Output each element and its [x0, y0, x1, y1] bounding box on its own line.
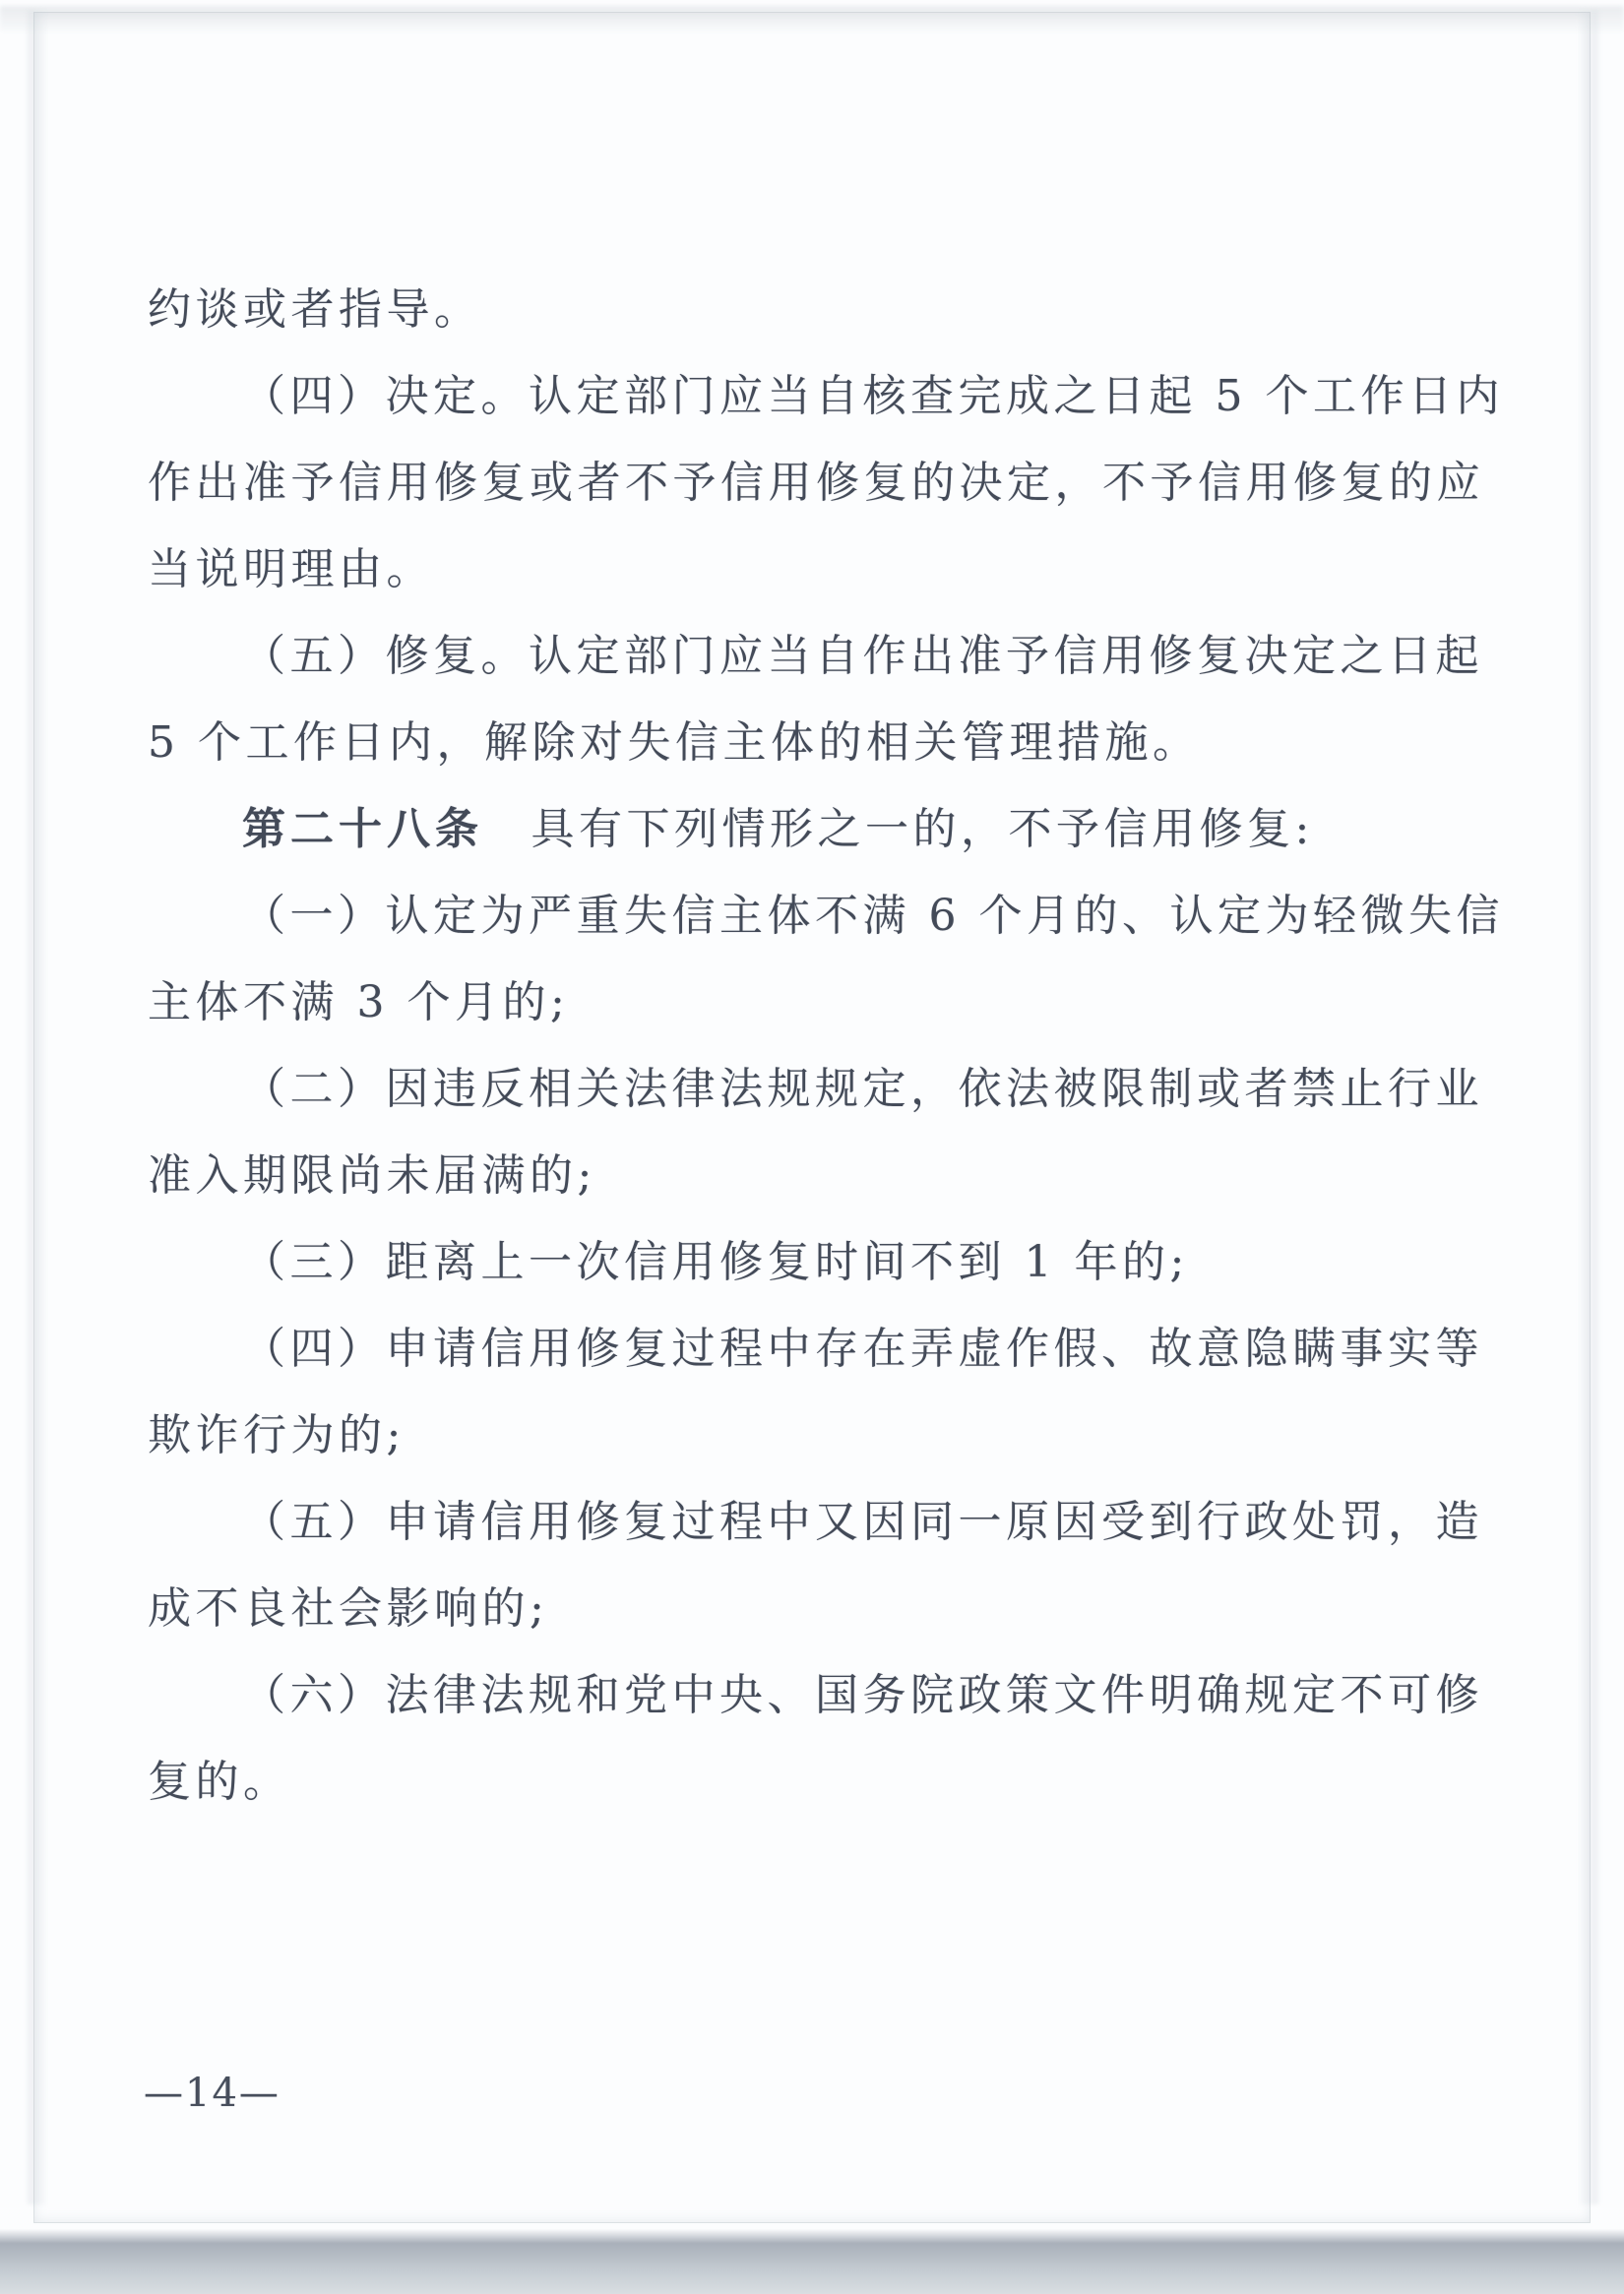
document-body: 约谈或者指导。 （四）决定。认定部门应当自核查完成之日起 5 个工作日内 作出准… — [148, 267, 1486, 1826]
body-line: 成不良社会影响的; — [148, 1566, 1486, 1652]
article-number-label: 第二十八条 — [242, 804, 483, 854]
body-line: （三）距离上一次信用修复时间不到 1 年的; — [148, 1219, 1486, 1306]
body-line: （四）申请信用修复过程中存在弄虚作假、故意隐瞒事实等 — [148, 1306, 1486, 1393]
body-line: （五）申请信用修复过程中又因同一原因受到行政处罚，造 — [148, 1479, 1486, 1566]
body-line: （一）认定为严重失信主体不满 6 个月的、认定为轻微失信 — [148, 873, 1486, 960]
scan-artifact-left-edge — [28, 10, 47, 2204]
body-line: 作出准予信用修复或者不予信用修复的决定，不予信用修复的应 — [148, 440, 1486, 527]
body-line: 准入期限尚未届满的; — [148, 1133, 1486, 1219]
scanned-document-page: 约谈或者指导。 （四）决定。认定部门应当自核查完成之日起 5 个工作日内 作出准… — [0, 0, 1624, 2294]
body-line: 主体不满 3 个月的; — [148, 960, 1486, 1046]
article-heading-text: 具有下列情形之一的，不予信用修复: — [483, 804, 1314, 854]
body-line: （四）决定。认定部门应当自核查完成之日起 5 个工作日内 — [148, 353, 1486, 440]
page-number: —14— — [144, 2071, 281, 2116]
body-line: 当说明理由。 — [148, 527, 1486, 613]
scan-artifact-right-edge — [1579, 10, 1598, 2204]
scan-artifact-top-edge — [0, 6, 1624, 31]
body-line-article-heading: 第二十八条 具有下列情形之一的，不予信用修复: — [148, 786, 1486, 873]
body-line: 约谈或者指导。 — [148, 267, 1486, 353]
scan-artifact-bottom-band — [0, 2229, 1624, 2294]
body-line: 复的。 — [148, 1739, 1486, 1826]
body-line: （五）修复。认定部门应当自作出准予信用修复决定之日起 — [148, 613, 1486, 700]
body-line: （二）因违反相关法律法规规定，依法被限制或者禁止行业 — [148, 1046, 1486, 1133]
body-line: 5 个工作日内，解除对失信主体的相关管理措施。 — [148, 700, 1486, 786]
body-line: （六）法律法规和党中央、国务院政策文件明确规定不可修 — [148, 1652, 1486, 1739]
body-line: 欺诈行为的; — [148, 1393, 1486, 1479]
